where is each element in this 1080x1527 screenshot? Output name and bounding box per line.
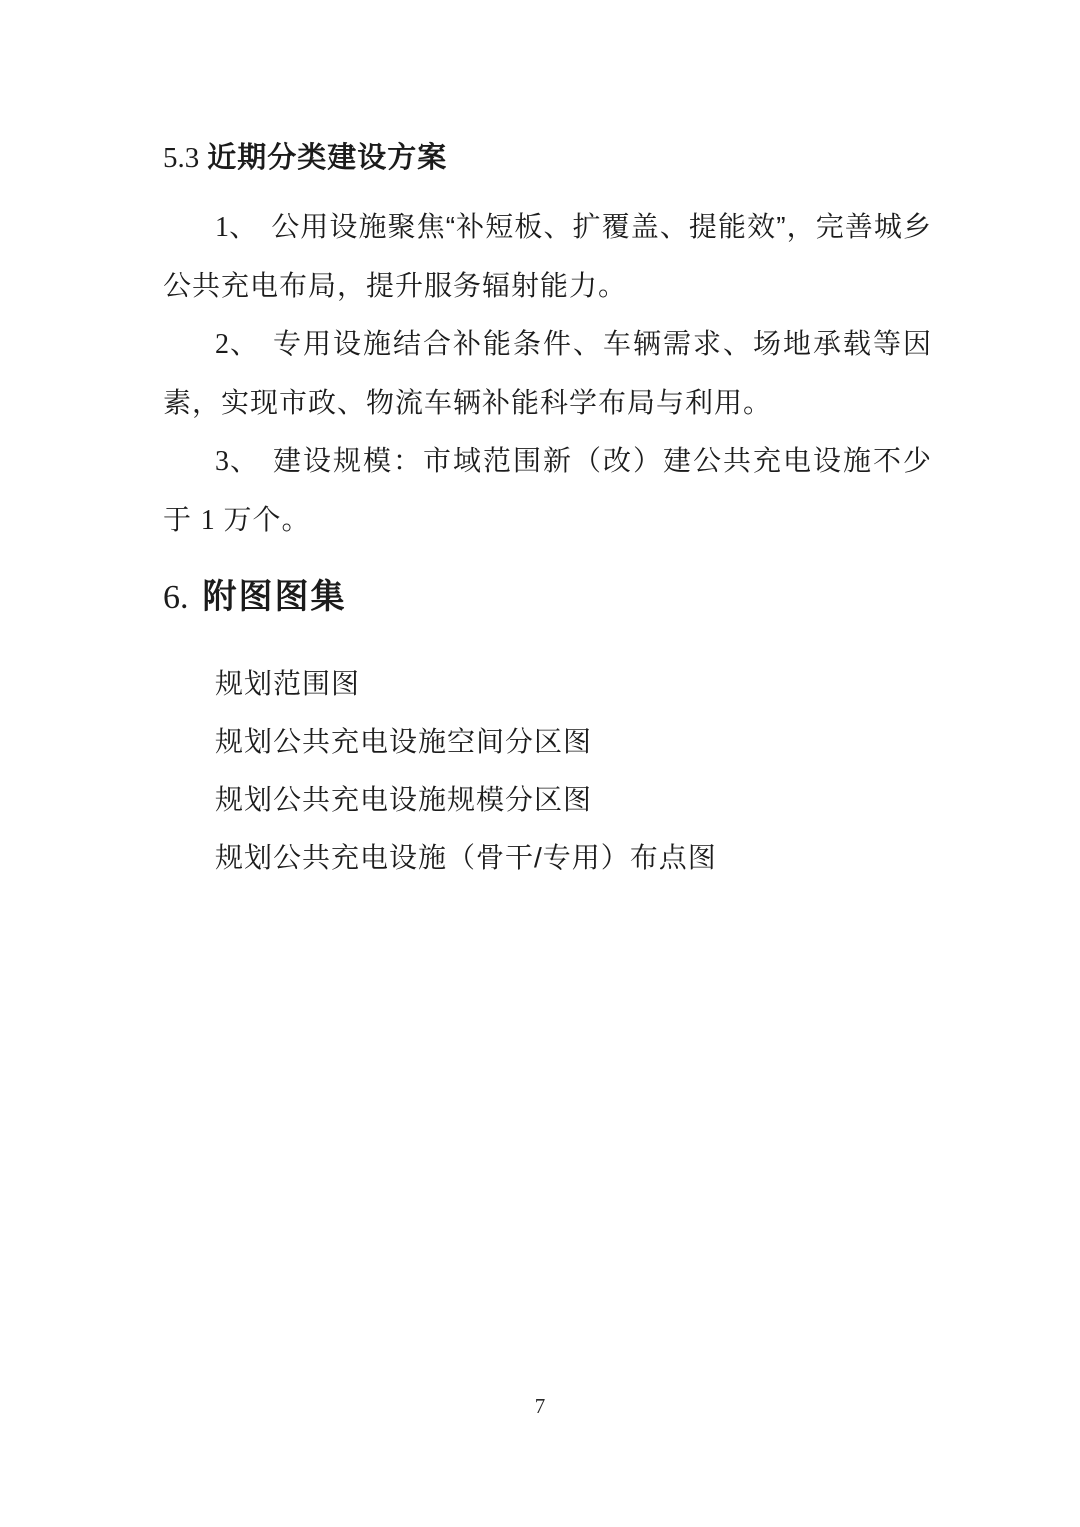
paragraph-1-number: 1、 xyxy=(215,212,257,243)
figure-list: 规划范围图 规划公共充电设施空间分区图 规划公共充电设施规模分区图 规划公共充电… xyxy=(163,655,932,887)
document-page: 5.3近期分类建设方案 1、公用设施聚焦“补短板、扩覆盖、提能效”，完善城乡公共… xyxy=(0,0,1080,1527)
paragraph-3-value: 1 xyxy=(201,505,215,536)
section-6-number: 6. xyxy=(163,579,189,616)
figure-item-1: 规划范围图 xyxy=(163,655,932,713)
figure-item-3: 规划公共充电设施规模分区图 xyxy=(163,771,932,829)
section-heading-6: 6.附图图集 xyxy=(163,573,932,622)
section-5-3-title: 近期分类建设方案 xyxy=(207,142,447,174)
paragraph-3: 3、建设规模：市域范围新（改）建公共充电设施不少于 1 万个。 xyxy=(163,432,932,550)
paragraph-3-text-after: 万个。 xyxy=(215,504,311,535)
paragraph-2-number: 2、 xyxy=(215,329,259,360)
paragraph-3-number: 3、 xyxy=(215,446,259,477)
figure-item-4: 规划公共充电设施（骨干/专用）布点图 xyxy=(163,829,932,887)
page-number: 7 xyxy=(0,1394,1080,1419)
paragraph-1-text: 公用设施聚焦“补短板、扩覆盖、提能效”，完善城乡公共充电布局，提升服务辐射能力。 xyxy=(163,211,932,301)
section-6-title: 附图图集 xyxy=(203,578,347,616)
section-heading-5-3: 5.3近期分类建设方案 xyxy=(163,138,932,178)
paragraph-2-text: 专用设施结合补能条件、车辆需求、场地承载等因素，实现市政、物流车辆补能科学布局与… xyxy=(163,328,932,418)
paragraph-1: 1、公用设施聚焦“补短板、扩覆盖、提能效”，完善城乡公共充电布局，提升服务辐射能… xyxy=(163,198,932,315)
figure-item-2: 规划公共充电设施空间分区图 xyxy=(163,713,932,771)
page-content: 5.3近期分类建设方案 1、公用设施聚焦“补短板、扩覆盖、提能效”，完善城乡公共… xyxy=(0,0,1080,887)
section-5-3-number: 5.3 xyxy=(163,142,199,174)
paragraph-2: 2、专用设施结合补能条件、车辆需求、场地承载等因素，实现市政、物流车辆补能科学布… xyxy=(163,315,932,432)
